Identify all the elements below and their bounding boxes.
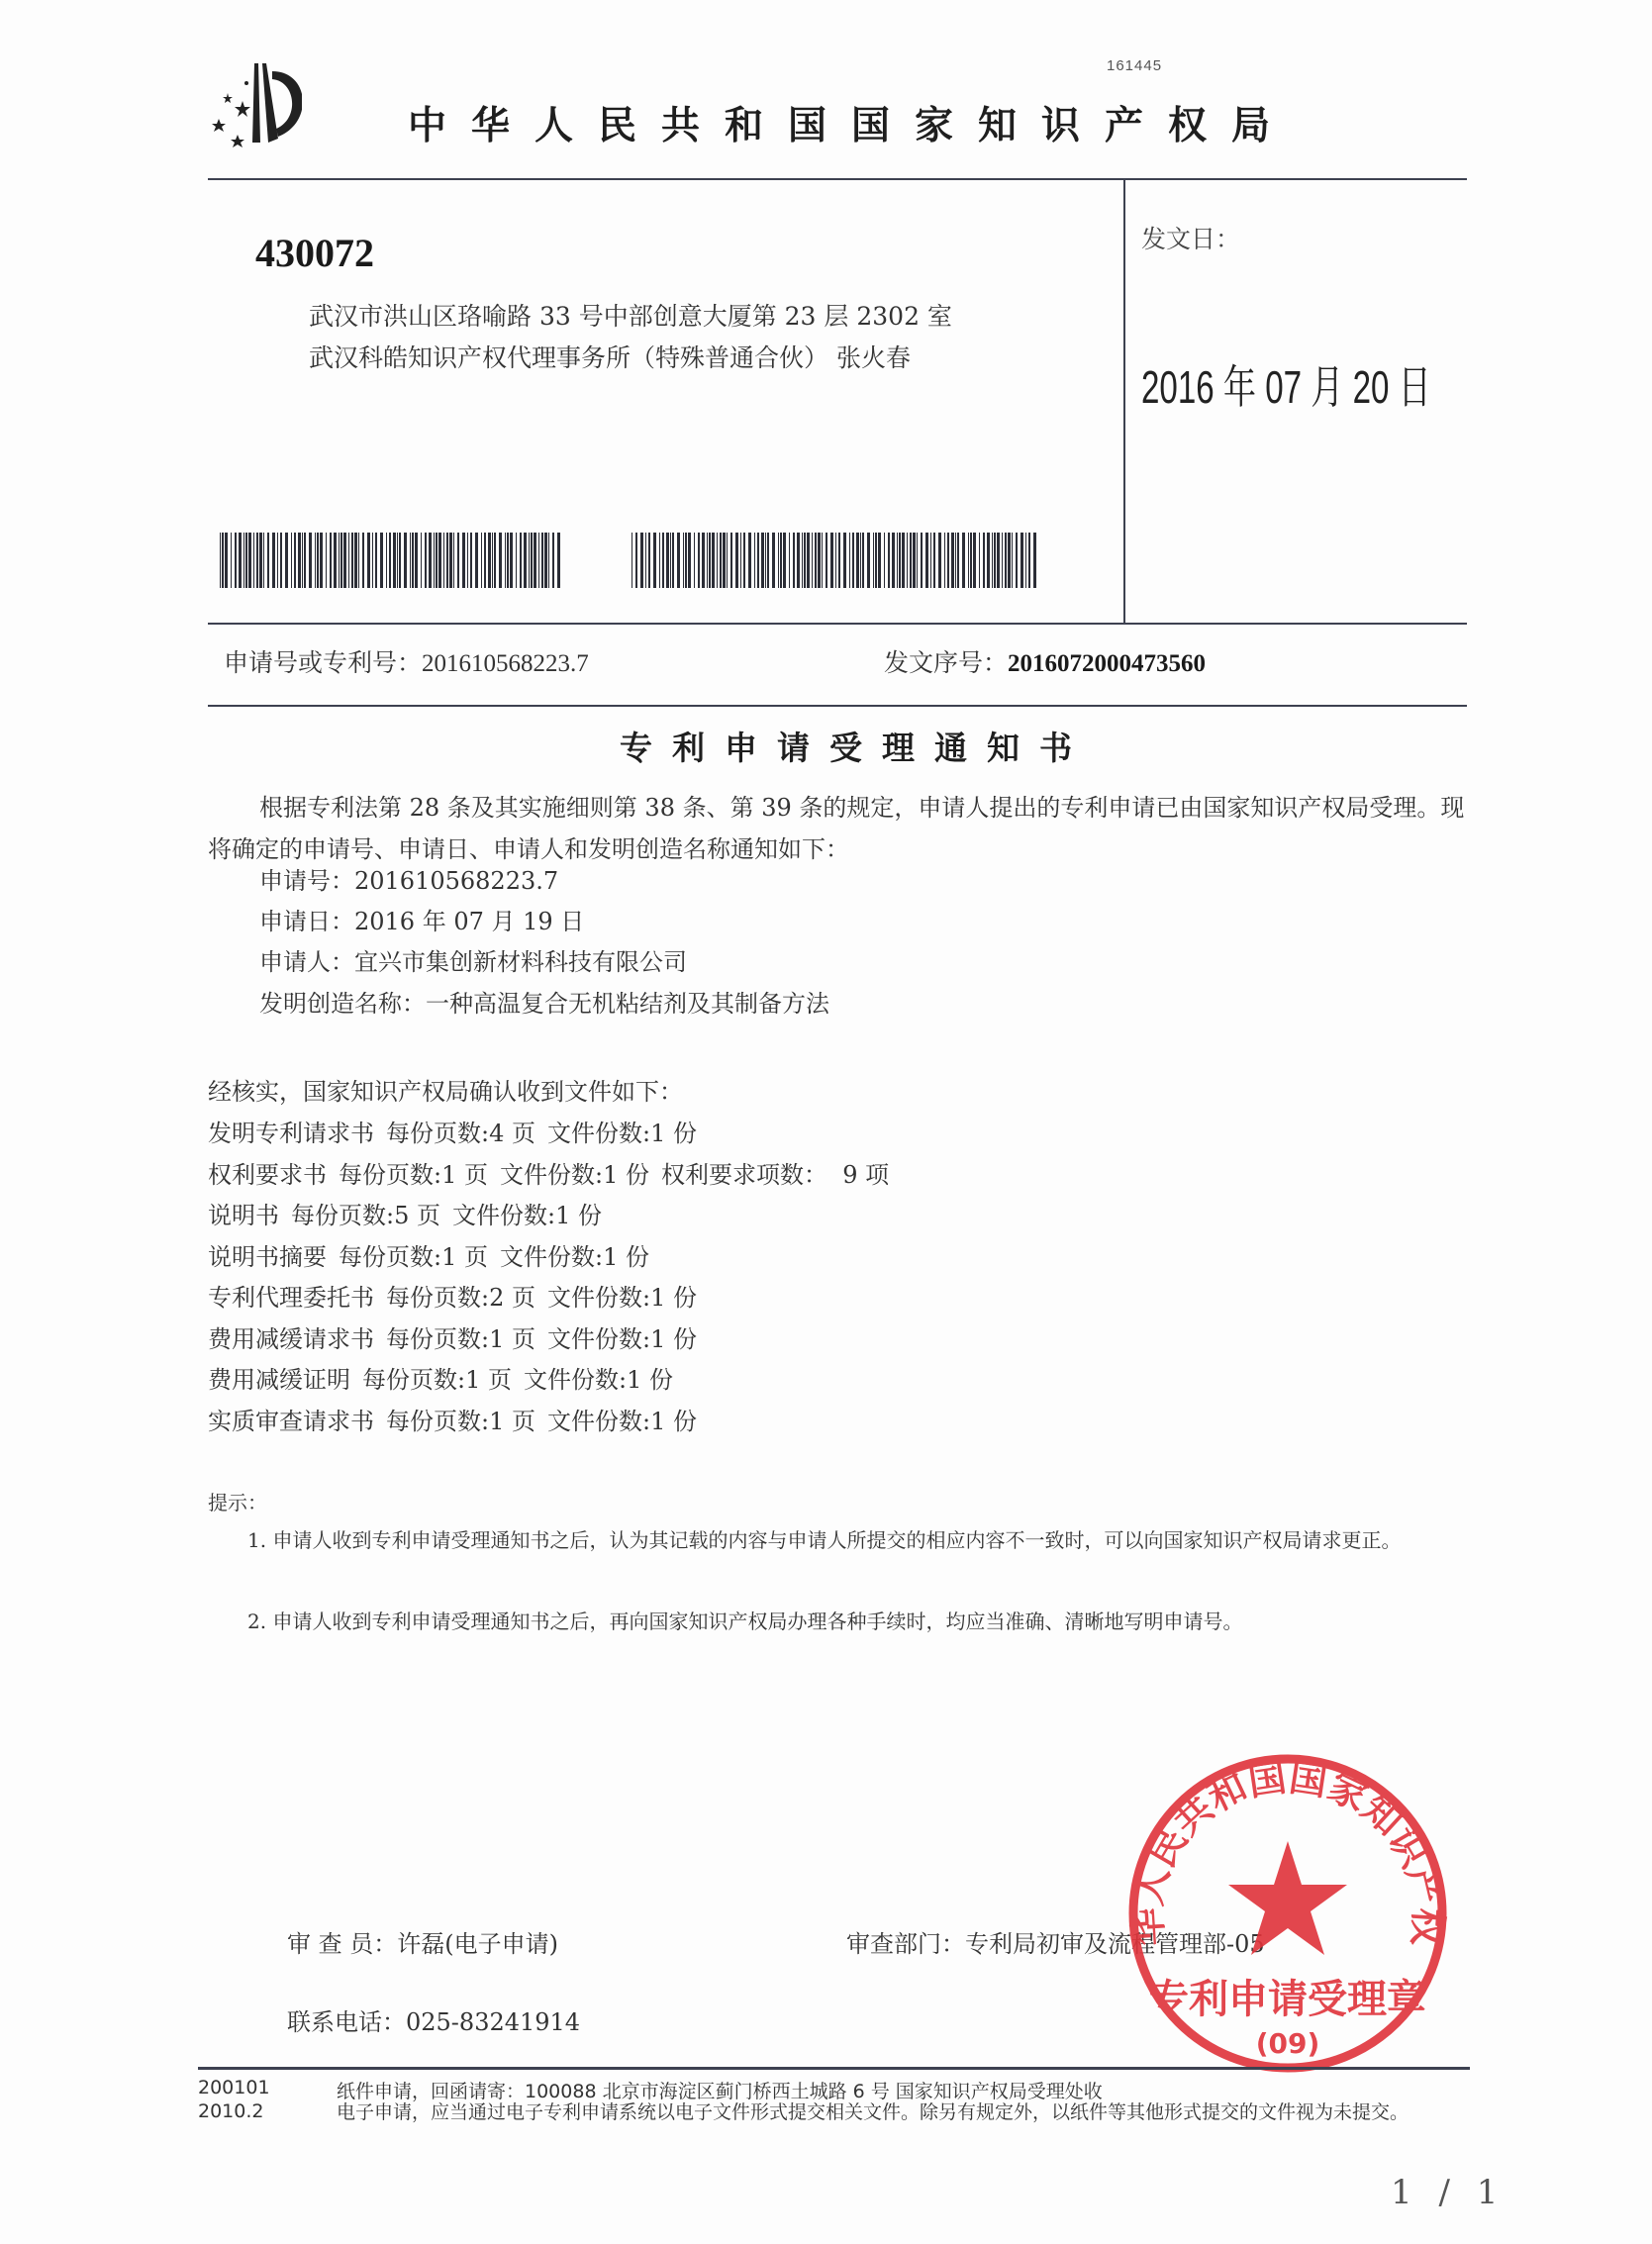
document-name: 费用减缓证明 [208, 1366, 350, 1394]
received-document-item: 说明书摘要每份页数:1 页文件份数:1 份 [208, 1237, 661, 1272]
received-document-item: 发明专利请求书每份页数:4 页文件份数:1 份 [208, 1114, 709, 1148]
received-intro: 经核实，国家知识产权局确认收到文件如下： [208, 1072, 683, 1107]
field-label: 申请日： [259, 908, 354, 935]
page-indicator: 1 / 1 [1391, 2173, 1506, 2212]
document-copies: 文件份数:1 份 [524, 1366, 673, 1394]
serial-number: 2016072000473560 [1008, 650, 1206, 677]
received-document-item: 费用减缓证明每份页数:1 页文件份数:1 份 [208, 1360, 685, 1395]
barcode [220, 533, 560, 588]
document-name: 费用减缓请求书 [208, 1325, 374, 1353]
document-pages: 每份页数:1 页 [339, 1161, 488, 1189]
intro-paragraph: 根据专利法第 28 条及其实施细则第 38 条、第 39 条的规定，申请人提出的… [208, 787, 1465, 870]
barcode [632, 533, 1041, 588]
document-name: 说明书 [208, 1202, 279, 1229]
form-code: 200101 [198, 2077, 270, 2098]
divider [208, 178, 1467, 180]
paper-filing-note: 纸件申请，回函请寄：100088 北京市海淀区蓟门桥西土城路 6 号 国家知识产… [337, 2077, 1103, 2103]
document-name: 说明书摘要 [208, 1243, 327, 1271]
document-pages: 每份页数:1 页 [386, 1408, 535, 1435]
document-pages: 每份页数:1 页 [362, 1366, 512, 1394]
notice-title: 专利申请受理通知书 [0, 723, 1652, 769]
recipient-agency: 武汉科皓知识产权代理事务所（特殊普通合伙） 张火春 [309, 339, 911, 374]
document-pages: 每份页数:5 页 [291, 1202, 440, 1229]
application-field: 申请日：2016 年 07 月 19 日 [259, 902, 584, 936]
document-extra: 权利要求项数： 9 项 [661, 1161, 889, 1189]
document-name: 权利要求书 [208, 1161, 327, 1189]
document-copies: 文件份数:1 份 [500, 1243, 649, 1271]
document-pages: 每份页数:1 页 [339, 1243, 488, 1271]
document-copies: 文件份数:1 份 [547, 1284, 697, 1312]
field-value: 宜兴市集创新材料科技有限公司 [354, 948, 687, 976]
application-field: 发明创造名称：一种高温复合无机粘结剂及其制备方法 [259, 984, 829, 1019]
seal-center-text: 专利申请受理章 [1149, 1977, 1426, 2022]
document-copies: 文件份数:1 份 [547, 1325, 697, 1353]
phone-row: 联系电话：025-83241914 [287, 2002, 580, 2037]
field-label: 发明创造名称： [259, 990, 426, 1018]
divider [1123, 178, 1125, 624]
serial-number-row: 发文序号：2016072000473560 [884, 643, 1206, 679]
received-document-item: 实质审查请求书每份页数:1 页文件份数:1 份 [208, 1402, 709, 1436]
document-copies: 文件份数:1 份 [500, 1161, 649, 1189]
examiner-label: 审 查 员： [287, 1930, 397, 1958]
document-code: 161445 [1107, 57, 1162, 74]
department-label: 审查部门： [846, 1930, 965, 1958]
document-name: 实质审查请求书 [208, 1408, 374, 1435]
official-seal-icon: 中华人民共和国国家知识产权局 专利申请受理章 (09) [1118, 1750, 1457, 2077]
field-value: 一种高温复合无机粘结剂及其制备方法 [426, 990, 829, 1018]
electronic-filing-note: 电子申请，应当通过电子专利申请系统以电子文件形式提交相关文件。除另有规定外，以纸… [337, 2100, 1465, 2124]
application-number-label: 申请号或专利号： [224, 648, 422, 677]
received-document-item: 费用减缓请求书每份页数:1 页文件份数:1 份 [208, 1319, 709, 1354]
document-name: 发明专利请求书 [208, 1120, 374, 1147]
application-field: 申请人：宜兴市集创新材料科技有限公司 [259, 942, 687, 977]
examiner-row: 审 查 员：许磊(电子申请) [287, 1924, 558, 1959]
phone-number: 025-83241914 [406, 2008, 580, 2036]
seal-number: (09) [1256, 2027, 1320, 2060]
divider [198, 2067, 1470, 2070]
document-pages: 每份页数:2 页 [386, 1284, 535, 1312]
received-document-item: 权利要求书每份页数:1 页文件份数:1 份权利要求项数： 9 项 [208, 1155, 901, 1190]
cnipa-logo-icon [183, 61, 302, 152]
recipient-address: 武汉市洪山区珞喻路 33 号中部创意大厦第 23 层 2302 室 [309, 297, 952, 333]
issue-date: 2016 年 07 月 20 日 [1141, 351, 1431, 417]
postcode: 430072 [255, 230, 374, 276]
examiner-name: 许磊(电子申请) [397, 1930, 558, 1958]
tip-item: 2. 申请人收到专利申请受理通知书之后，再向国家知识产权局办理各种手续时，均应当… [247, 1606, 1465, 1634]
received-document-item: 专利代理委托书每份页数:2 页文件份数:1 份 [208, 1278, 709, 1313]
divider [208, 705, 1467, 707]
divider [208, 623, 1467, 625]
issue-date-label: 发文日： [1141, 220, 1240, 255]
application-number-row: 申请号或专利号：201610568223.7 [224, 643, 589, 679]
document-copies: 文件份数:1 份 [547, 1120, 697, 1147]
tips-label: 提示： [208, 1487, 267, 1515]
field-label: 申请号： [259, 867, 354, 895]
form-version: 2010.2 [198, 2100, 263, 2122]
document-pages: 每份页数:1 页 [386, 1325, 535, 1353]
tip-item: 1. 申请人收到专利申请受理通知书之后，认为其记载的内容与申请人所提交的相应内容… [208, 1520, 1467, 1560]
field-value: 201610568223.7 [354, 867, 558, 895]
serial-number-label: 发文序号： [884, 648, 1008, 677]
phone-label: 联系电话： [287, 2008, 406, 2036]
document-copies: 文件份数:1 份 [452, 1202, 602, 1229]
document-copies: 文件份数:1 份 [547, 1408, 697, 1435]
field-label: 申请人： [259, 948, 354, 976]
received-document-item: 说明书每份页数:5 页文件份数:1 份 [208, 1196, 614, 1230]
document-name: 专利代理委托书 [208, 1284, 374, 1312]
application-number: 201610568223.7 [422, 650, 589, 677]
field-value: 2016 年 07 月 19 日 [354, 908, 584, 935]
application-field: 申请号：201610568223.7 [259, 861, 558, 896]
agency-name: 中华人民共和国国家知识产权局 [408, 95, 1295, 150]
document-pages: 每份页数:4 页 [386, 1120, 535, 1147]
